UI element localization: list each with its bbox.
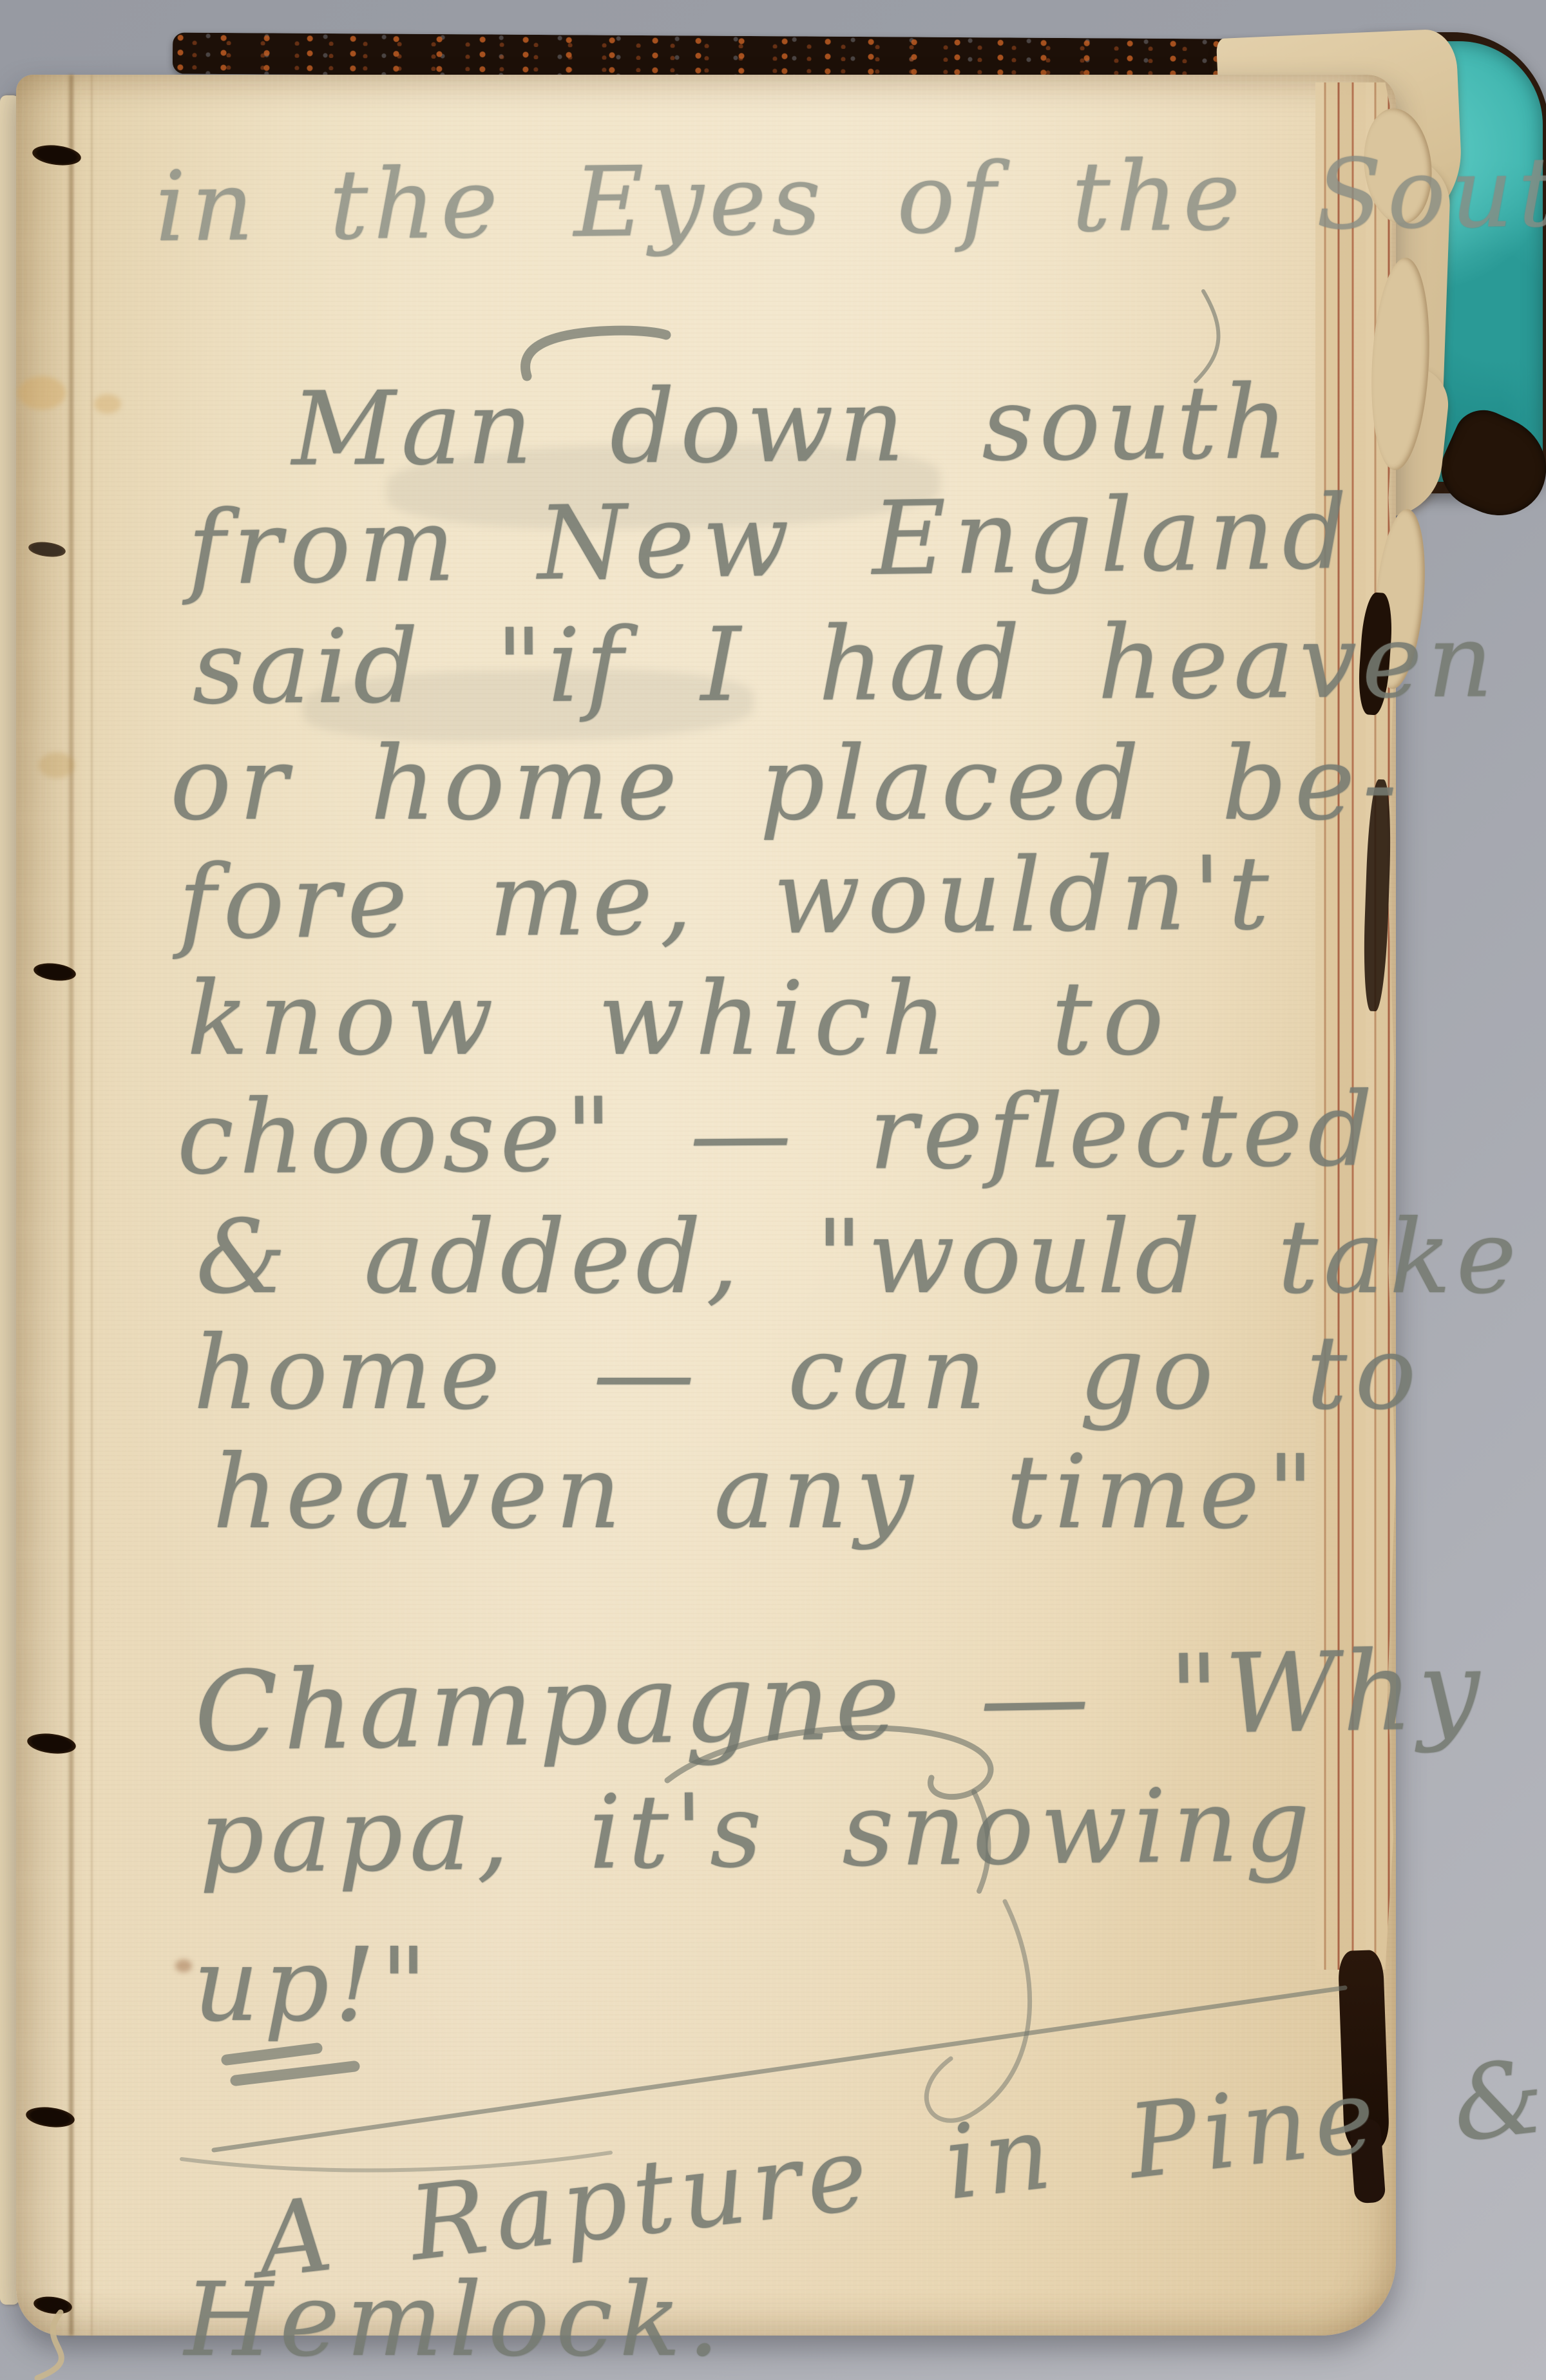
handwriting-line-5: or home placed be-: [170, 725, 1405, 843]
handwriting-line-4: said "if I had heaven: [192, 602, 1498, 727]
handwriting-line-9: & added, "would take: [196, 1198, 1522, 1317]
handwriting-line-14: up!": [193, 1926, 432, 2044]
notebook-photo: in the Eyes of the South. Man down south…: [0, 0, 1546, 2380]
paper-stain: [18, 376, 66, 410]
handwriting-line-1: in the Eyes of the South.: [155, 135, 1546, 263]
leather-binding-top-edge: [173, 33, 1326, 81]
handwriting-line-16: Hemlock.: [184, 2261, 726, 2379]
handwriting-line-2: Man down south: [291, 363, 1293, 489]
handwriting-line-6: fore me, wouldn't: [178, 834, 1277, 962]
gutter-crease-secondary: [91, 75, 93, 2336]
handwriting-line-13: papa, it's snowing: [198, 1766, 1317, 1896]
handwriting-line-8: choose" — reflected: [177, 1071, 1379, 1197]
paper-stain: [39, 752, 75, 778]
handwriting-line-7: know which to: [187, 960, 1174, 1078]
handwriting-line-12: Champagne — "Why: [193, 1626, 1486, 1776]
handwriting-line-10: home — can go to: [193, 1314, 1424, 1433]
handwriting-line-11: heaven any time": [213, 1433, 1322, 1552]
paper-stain: [94, 394, 121, 414]
handwriting-line-3: from New England: [187, 473, 1356, 608]
paper-stain: [175, 1959, 192, 1972]
gutter-crease: [69, 75, 73, 2336]
